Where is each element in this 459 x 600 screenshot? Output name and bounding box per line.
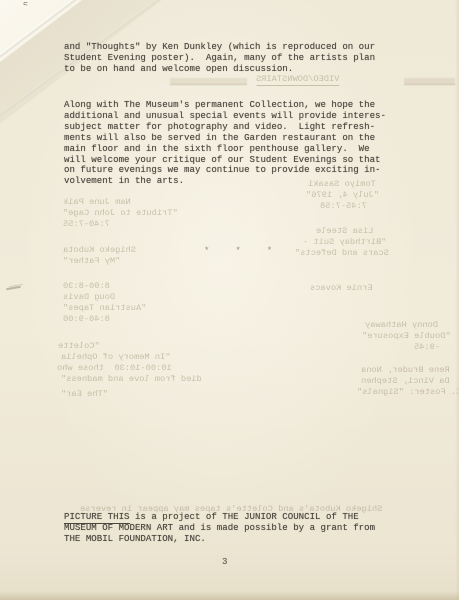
- text-segment: is a project of THE JUNIOR COUNCIL of TH…: [130, 511, 359, 522]
- paragraph-2: Along with The Museum's permanent Collec…: [64, 100, 386, 187]
- page-number: 3: [222, 556, 227, 567]
- bleed-through-line: "Double Exposure": [362, 331, 451, 342]
- bleed-through-line: Nam June Paik: [63, 197, 131, 208]
- bleed-through-line: "Tribute to John Cage": [63, 208, 178, 219]
- bleed-through-line: Shigeko Kubota: [63, 245, 136, 256]
- text-line: ments will also be served in the Garden …: [64, 133, 386, 144]
- corner-annotation: u: [20, 1, 28, 7]
- bleed-through-line: "Colette: [58, 341, 100, 352]
- paragraph-1: and "Thoughts" by Ken Dunkley (which is …: [64, 42, 375, 75]
- bleed-through-line: "Austrian Tapes": [63, 303, 146, 314]
- bleed-through-line: VIDEO/DOWNSTAIRS: [256, 74, 339, 86]
- bleed-through-smudge: [170, 78, 247, 85]
- bleed-through-line: 8:40-9:00: [63, 314, 110, 325]
- bleed-through-line: Scars and Defects": [295, 248, 389, 259]
- text-line: to be on hand and welcome open discussio…: [64, 64, 375, 75]
- bleed-through-line: "My Father": [63, 256, 120, 267]
- text-line: volvement in the arts.: [64, 176, 386, 187]
- bleed-through-line: -9:45: [414, 342, 440, 353]
- bleed-through-line: died from love and madness": [61, 374, 202, 385]
- bleed-through-line: Rene Bruder, Nona: [361, 365, 450, 376]
- text-line: main floor and in the sixth floor pentho…: [64, 144, 386, 155]
- scan-edge-bottom: [0, 591, 459, 600]
- bleed-through-line: Doug Davis: [63, 292, 115, 303]
- bleed-through-line: 8:00-8:30: [63, 281, 110, 292]
- bleed-through-line: Da Vinci, Stephen: [361, 376, 450, 387]
- scanned-document-page: VIDEO/DOWNSTAIRSTomiyo Sasaki"July 4, 19…: [0, 0, 459, 600]
- bleed-through-line: 7:40-7:55: [63, 219, 110, 230]
- bleed-through-smudge: [404, 78, 455, 85]
- text-line: THE MOBIL FOUNDATION, INC.: [64, 534, 375, 545]
- bleed-through-line: "In Memory of Ophelia: [61, 352, 170, 363]
- pencil-mark: [6, 286, 21, 291]
- bleed-through-line: 7:45-7:58: [320, 201, 367, 212]
- bleed-through-line: Ernie Kovacs: [310, 283, 373, 294]
- bleed-through-line: C. Foster: "Signals": [357, 387, 459, 398]
- bleed-through-line: 10:00-10:30 those who: [57, 363, 172, 374]
- bleed-through-line: "The Ear": [61, 389, 108, 400]
- bleed-through-line: "July 4, 1976": [306, 190, 379, 201]
- bleed-through-line: Lisa Steele: [316, 226, 373, 237]
- bleed-through-line: Donny Hathaway: [365, 320, 438, 331]
- bleed-through-line: "Birthday Suit -: [303, 237, 386, 248]
- footer-credit: PICTURE THIS is a project of THE JUNIOR …: [64, 512, 375, 545]
- scan-edge-right: [455, 0, 459, 600]
- asterisk-separator: * * *: [204, 246, 277, 257]
